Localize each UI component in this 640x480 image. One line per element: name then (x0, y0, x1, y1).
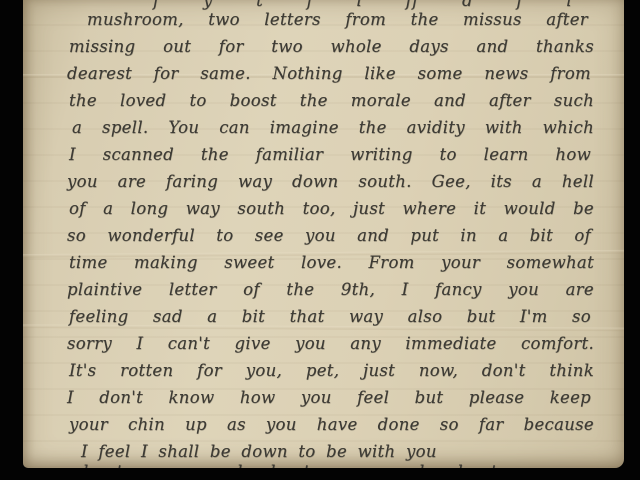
handwriting-line: your chin up as you have done so far bec… (67, 411, 594, 438)
letter-page: f y t f l ff d f l mushroom, two letters… (23, 0, 624, 468)
handwriting-line: a spell. You can imagine the avidity wit… (67, 114, 594, 141)
scan-background: f y t f l ff d f l mushroom, two letters… (0, 0, 640, 480)
handwriting-line: of a long way south too, just where it w… (67, 195, 594, 222)
handwriting-line: missing out for two whole days and thank… (67, 33, 594, 60)
handwriting-line: so wonderful to see you and put in a bit… (67, 222, 594, 249)
handwriting-line: plaintive letter of the 9th, I fancy you… (67, 276, 594, 303)
handwriting-line: It's rotten for you, pet, just now, don'… (67, 357, 594, 384)
cutoff-line-bottom: l t m a d l t m a l d t (83, 458, 574, 468)
handwriting-line: mushroom, two letters from the missus af… (67, 6, 594, 33)
handwriting-line: I don't know how you feel but please kee… (67, 384, 594, 411)
handwriting-line: the loved to boost the morale and after … (67, 87, 594, 114)
handwriting-line: dearest for same. Nothing like some news… (67, 60, 594, 87)
handwriting-line: you are faring way down south. Gee, its … (67, 168, 594, 195)
handwriting-line: I scanned the familiar writing to learn … (67, 141, 594, 168)
letter-body: mushroom, two letters from the missus af… (67, 6, 594, 465)
handwriting-line: sorry I can't give you any immediate com… (67, 330, 594, 357)
handwriting-line: time making sweet love. From your somewh… (67, 249, 594, 276)
handwriting-line: feeling sad a bit that way also but I'm … (67, 303, 594, 330)
